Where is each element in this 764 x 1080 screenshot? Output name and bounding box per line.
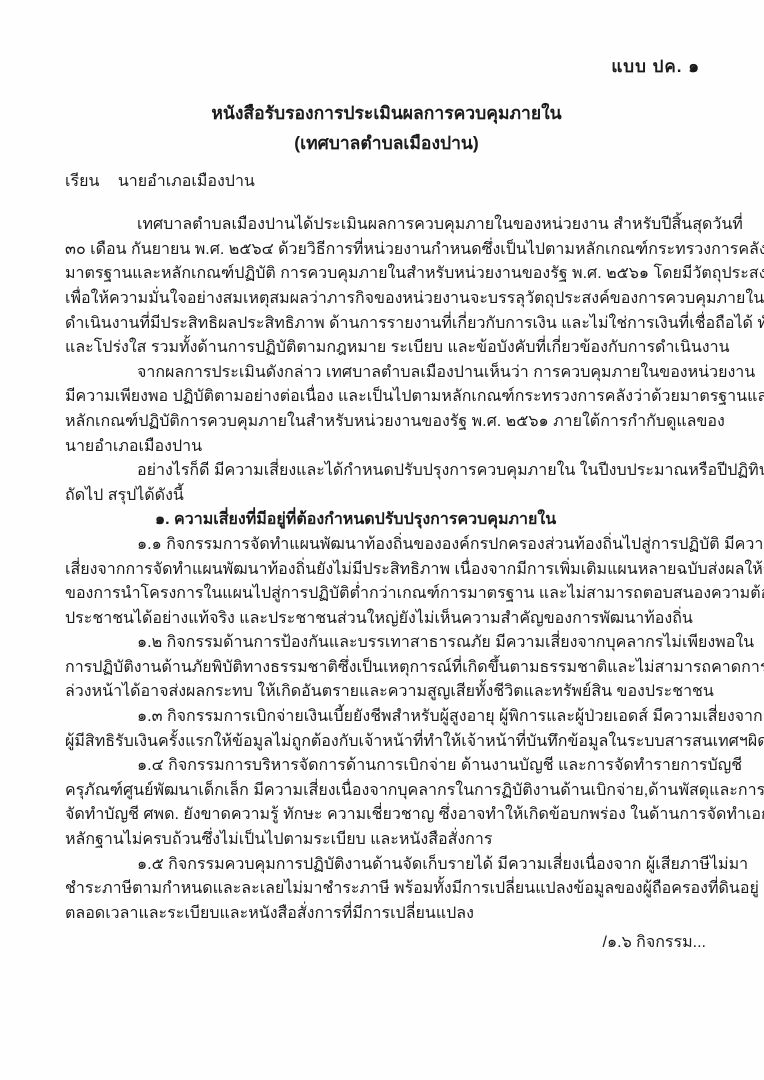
paragraph-line: ๑.๓ กิจกรรมการเบิกจ่ายเงินเบี้ยยังชีพสำห… bbox=[65, 705, 708, 730]
continuation-mark: /๑.๖ กิจกรรม... bbox=[65, 931, 708, 956]
document-title: หนังสือรับรองการประเมินผลการควบคุมภายใน bbox=[65, 98, 708, 128]
form-number-label: แบบ ปค. ๑ bbox=[65, 55, 708, 80]
salutation: เรียน นายอำเภอเมืองปาน bbox=[65, 170, 708, 195]
paragraph-line: ชำระภาษีตามกำหนดและละเลยไม่มาชำระภาษี พร… bbox=[65, 877, 708, 902]
paragraph-line: หลักฐานไม่ครบถ้วนซึ่งไม่เป็นไปตามระเบียบ… bbox=[65, 828, 708, 853]
document-body: เทศบาลตำบลเมืองปานได้ประเมินผลการควบคุมภ… bbox=[65, 213, 708, 926]
paragraph-line: เทศบาลตำบลเมืองปานได้ประเมินผลการควบคุมภ… bbox=[65, 213, 708, 238]
paragraph-line: การปฏิบัติงานด้านภัยพิบัติทางธรรมชาติซึ่… bbox=[65, 656, 708, 681]
paragraph-line: ๑.๔ กิจกรรมการบริหารจัดการด้านการเบิกจ่า… bbox=[65, 754, 708, 779]
paragraph-line: จัดทำบัญชี ศพด. ยังขาดความรู้ ทักษะ ความ… bbox=[65, 803, 708, 828]
paragraph-line: มีความเพียงพอ ปฏิบัติตามอย่างต่อเนื่อง แ… bbox=[65, 385, 708, 410]
paragraph-line: ของการนำโครงการในแผนไปสู่การปฏิบัติต่ำกว… bbox=[65, 582, 708, 607]
paragraph-line: ตลอดเวลาและระเบียบและหนังสือสั่งการที่มี… bbox=[65, 902, 708, 927]
document-content: แบบ ปค. ๑ หนังสือรับรองการประเมินผลการคว… bbox=[65, 0, 708, 956]
paragraph-line: นายอำเภอเมืองปาน bbox=[65, 435, 708, 460]
paragraph-line: ประชาชนได้อย่างแท้จริง และประชาชนส่วนใหญ… bbox=[65, 607, 708, 632]
section-heading-text: ๑. ความเสี่ยงที่มีอยู่ที่ต้องกำหนดปรับปร… bbox=[65, 508, 708, 533]
paragraph-line: ถัดไป สรุปได้ดังนี้ bbox=[65, 484, 708, 509]
paragraph-line: ๑.๒ กิจกรรมด้านการป้องกันและบรรเทาสาธารณ… bbox=[65, 631, 708, 656]
document-subtitle: (เทศบาลตำบลเมืองปาน) bbox=[65, 128, 708, 158]
salutation-recipient: นายอำเภอเมืองปาน bbox=[118, 173, 255, 190]
paragraph-line: เพื่อให้ความมั่นใจอย่างสมเหตุสมผลว่าภารก… bbox=[65, 287, 708, 312]
paragraph-line: และโปร่งใส รวมทั้งด้านการปฏิบัติตามกฎหมา… bbox=[65, 336, 708, 361]
paragraph-line: ผู้มีสิทธิรับเงินครั้งแรกให้ข้อมูลไม่ถูก… bbox=[65, 730, 708, 755]
paragraph-line: เสี่ยงจากการจัดทำแผนพัฒนาท้องถิ่นยังไม่ม… bbox=[65, 558, 708, 583]
paragraph-line: ๓๐ เดือน กันยายน พ.ศ. ๒๕๖๔ ด้วยวิธีการที… bbox=[65, 238, 708, 263]
paragraph-line: ๑.๑ กิจกรรมการจัดทำแผนพัฒนาท้องถิ่นขององ… bbox=[65, 533, 708, 558]
paragraph-line: อย่างไรก็ดี มีความเสี่ยงและได้กำหนดปรับป… bbox=[65, 459, 708, 484]
paragraph-line: ล่วงหน้าได้อาจส่งผลกระทบ ให้เกิดอันตรายแ… bbox=[65, 680, 708, 705]
paragraph-line: ครุภัณฑ์ศูนย์พัฒนาเด็กเล็ก มีความเสี่ยงเ… bbox=[65, 779, 708, 804]
paragraph-line: ๑.๕ กิจกรรมควบคุมการปฏิบัติงานด้านจัดเก็… bbox=[65, 853, 708, 878]
paragraph-line: หลักเกณฑ์ปฏิบัติการควบคุมภายในสำหรับหน่ว… bbox=[65, 410, 708, 435]
document-page: แบบ ปค. ๑ หนังสือรับรองการประเมินผลการคว… bbox=[0, 0, 764, 1080]
paragraph-line: จากผลการประเมินดังกล่าว เทศบาลตำบลเมืองป… bbox=[65, 361, 708, 386]
salutation-label: เรียน bbox=[65, 173, 99, 190]
paragraph-line: ดำเนินงานที่มีประสิทธิผลประสิทธิภาพ ด้าน… bbox=[65, 312, 708, 337]
paragraph-line: มาตรฐานและหลักเกณฑ์ปฏิบัติ การควบคุมภายใ… bbox=[65, 262, 708, 287]
